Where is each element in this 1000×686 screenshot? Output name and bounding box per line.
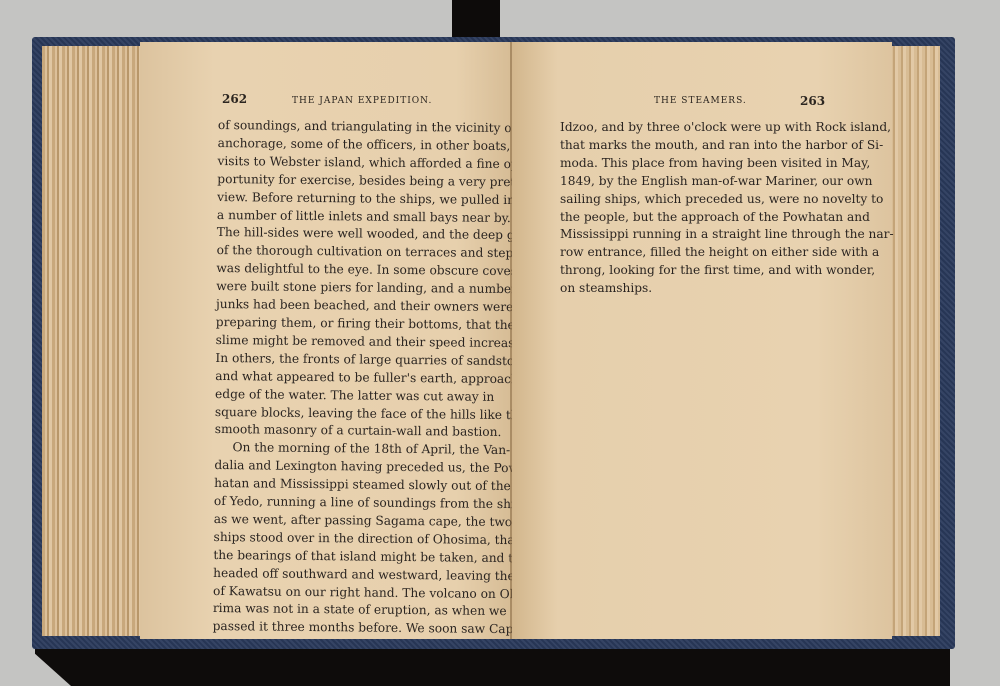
background-shadow-top xyxy=(452,0,500,42)
text-line: sailing ships, which preceded us, were n… xyxy=(560,191,820,209)
text-line: portunity for exercise, besides being a … xyxy=(217,171,479,192)
text-line: edge of the water. The latter was cut aw… xyxy=(215,386,477,407)
text-line: row entrance, filled the height on eithe… xyxy=(560,244,820,262)
page-number-right: 263 xyxy=(800,94,825,108)
text-line: In others, the fronts of large quarries … xyxy=(215,350,477,371)
text-line: moda. This place from having been visite… xyxy=(560,155,820,173)
text-line: throng, looking for the first time, and … xyxy=(560,262,820,280)
left-page-body: of soundings, and triangulating in the v… xyxy=(213,117,480,639)
left-page-edges xyxy=(42,46,142,636)
text-line: ships stood over in the direction of Oho… xyxy=(213,529,475,550)
text-line: 1849, by the English man-of-war Mariner,… xyxy=(560,173,820,191)
text-line: headed off southward and westward, leavi… xyxy=(213,565,475,586)
text-line: on steamships. xyxy=(560,280,820,298)
text-line: Mississippi running in a straight line t… xyxy=(560,226,820,244)
right-page-edges xyxy=(890,46,940,636)
running-head-right: THE STEAMERS. xyxy=(654,96,747,106)
page-number-left: 262 xyxy=(222,92,247,106)
text-line: the people, but the approach of the Powh… xyxy=(560,209,820,227)
right-page-body: Idzoo, and by three o'clock were up with… xyxy=(560,119,820,298)
right-page: THE STEAMERS. 263 Idzoo, and by three o'… xyxy=(512,42,892,639)
text-line: the bearings of that island might be tak… xyxy=(213,547,475,568)
text-line: visits to Webster island, which afforded… xyxy=(217,153,479,174)
text-line: that marks the mouth, and ran into the h… xyxy=(560,137,820,155)
left-page: 262 THE JAPAN EXPEDITION. of soundings, … xyxy=(140,42,512,639)
text-line: and what appeared to be fuller's earth, … xyxy=(215,368,477,389)
running-head-left: THE JAPAN EXPEDITION. xyxy=(292,96,432,106)
text-line: Idzoo, and by three o'clock were up with… xyxy=(560,119,820,137)
text-line: passed it three months before. We soon s… xyxy=(213,618,475,639)
text-line: view. Before returning to the ships, we … xyxy=(217,189,479,210)
